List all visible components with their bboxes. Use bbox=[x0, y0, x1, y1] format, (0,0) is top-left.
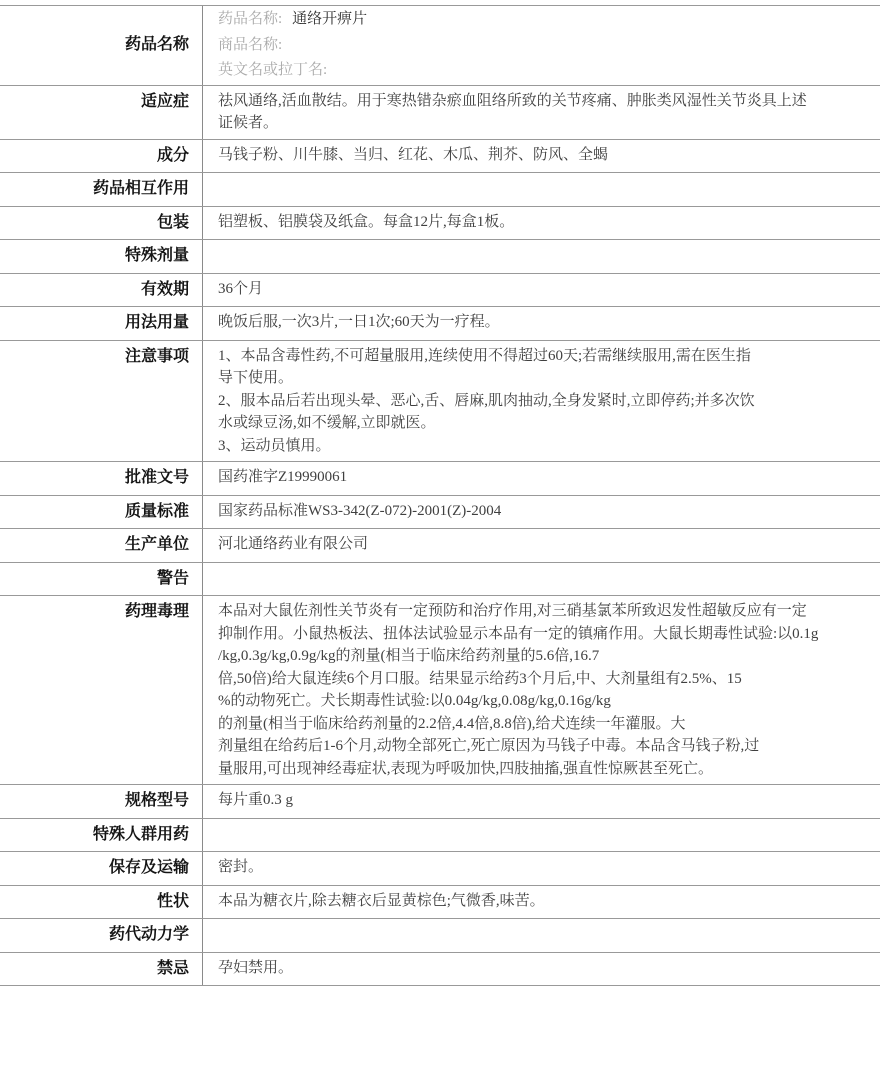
row-label: 批准文号 bbox=[0, 462, 203, 495]
row-label: 特殊剂量 bbox=[0, 240, 203, 273]
row-value: 每片重0.3 g bbox=[203, 785, 880, 818]
row-value: 1、本品含毒性药,不可超量服用,连续使用不得超过60天;若需继续服用,需在医生指… bbox=[203, 341, 880, 462]
drug-info-page: 药品名称药品名称:通络开痹片商品名称:英文名或拉丁名:适应症祛风通络,活血散结。… bbox=[0, 5, 880, 1070]
row-value: 河北通络药业有限公司 bbox=[203, 529, 880, 562]
row-value: 晚饭后服,一次3片,一日1次;60天为一疗程。 bbox=[203, 307, 880, 340]
row-value: 密封。 bbox=[203, 852, 880, 885]
table-row: 药品名称药品名称:通络开痹片商品名称:英文名或拉丁名: bbox=[0, 6, 880, 86]
row-value bbox=[203, 563, 880, 596]
field-value: 通络开痹片 bbox=[292, 11, 367, 27]
table-row: 有效期36个月 bbox=[0, 274, 880, 308]
row-label: 警告 bbox=[0, 563, 203, 596]
row-value: 国家药品标准WS3-342(Z-072)-2001(Z)-2004 bbox=[203, 496, 880, 529]
row-label: 成分 bbox=[0, 140, 203, 173]
row-value bbox=[203, 173, 880, 206]
row-value: 马钱子粉、川牛膝、当归、红花、木瓜、荆芥、防风、全蝎 bbox=[203, 140, 880, 173]
row-value: 铝塑板、铝膜袋及纸盒。每盒12片,每盒1板。 bbox=[203, 207, 880, 240]
table-row: 药理毒理本品对大鼠佐剂性关节炎有一定预防和治疗作用,对三硝基氯苯所致迟发性超敏反… bbox=[0, 596, 880, 785]
row-label: 用法用量 bbox=[0, 307, 203, 340]
table-row: 注意事项1、本品含毒性药,不可超量服用,连续使用不得超过60天;若需继续服用,需… bbox=[0, 341, 880, 463]
row-label: 性状 bbox=[0, 886, 203, 919]
row-value: 药品名称:通络开痹片商品名称:英文名或拉丁名: bbox=[203, 6, 880, 85]
table-row: 质量标准国家药品标准WS3-342(Z-072)-2001(Z)-2004 bbox=[0, 496, 880, 530]
row-label: 保存及运输 bbox=[0, 852, 203, 885]
row-label: 质量标准 bbox=[0, 496, 203, 529]
drug-name-line: 商品名称: bbox=[218, 33, 860, 59]
drug-name-line: 药品名称:通络开痹片 bbox=[218, 7, 860, 33]
table-row: 批准文号国药准字Z19990061 bbox=[0, 462, 880, 496]
table-row: 适应症祛风通络,活血散结。用于寒热错杂瘀血阻络所致的关节疼痛、肿胀类风湿性关节炎… bbox=[0, 86, 880, 140]
drug-name-line: 英文名或拉丁名: bbox=[218, 58, 860, 84]
row-label: 包装 bbox=[0, 207, 203, 240]
field-key: 商品名称: bbox=[218, 37, 282, 53]
row-value: 国药准字Z19990061 bbox=[203, 462, 880, 495]
row-label: 药品相互作用 bbox=[0, 173, 203, 206]
row-label: 特殊人群用药 bbox=[0, 819, 203, 852]
table-row: 保存及运输密封。 bbox=[0, 852, 880, 886]
table-row: 性状本品为糖衣片,除去糖衣后显黄棕色;气微香,味苦。 bbox=[0, 886, 880, 920]
table-row: 药品相互作用 bbox=[0, 173, 880, 207]
row-label: 有效期 bbox=[0, 274, 203, 307]
row-label: 注意事项 bbox=[0, 341, 203, 462]
row-value: 孕妇禁用。 bbox=[203, 953, 880, 986]
row-value bbox=[203, 819, 880, 852]
row-label: 药代动力学 bbox=[0, 919, 203, 952]
row-label: 药品名称 bbox=[0, 6, 203, 85]
table-row: 特殊人群用药 bbox=[0, 819, 880, 853]
row-value bbox=[203, 240, 880, 273]
table-row: 药代动力学 bbox=[0, 919, 880, 953]
table-row: 警告 bbox=[0, 563, 880, 597]
table-row: 包装铝塑板、铝膜袋及纸盒。每盒12片,每盒1板。 bbox=[0, 207, 880, 241]
field-key: 英文名或拉丁名: bbox=[218, 62, 327, 78]
row-label: 生产单位 bbox=[0, 529, 203, 562]
row-label: 适应症 bbox=[0, 86, 203, 139]
row-value: 本品对大鼠佐剂性关节炎有一定预防和治疗作用,对三硝基氯苯所致迟发性超敏反应有一定… bbox=[203, 596, 880, 784]
drug-info-table: 药品名称药品名称:通络开痹片商品名称:英文名或拉丁名:适应症祛风通络,活血散结。… bbox=[0, 5, 880, 986]
row-value: 祛风通络,活血散结。用于寒热错杂瘀血阻络所致的关节疼痛、肿胀类风湿性关节炎具上述… bbox=[203, 86, 880, 139]
row-label: 禁忌 bbox=[0, 953, 203, 986]
row-label: 药理毒理 bbox=[0, 596, 203, 784]
row-value: 本品为糖衣片,除去糖衣后显黄棕色;气微香,味苦。 bbox=[203, 886, 880, 919]
table-row: 生产单位河北通络药业有限公司 bbox=[0, 529, 880, 563]
field-key: 药品名称: bbox=[218, 11, 282, 27]
row-value: 36个月 bbox=[203, 274, 880, 307]
table-row: 成分马钱子粉、川牛膝、当归、红花、木瓜、荆芥、防风、全蝎 bbox=[0, 140, 880, 174]
table-row: 规格型号每片重0.3 g bbox=[0, 785, 880, 819]
table-row: 用法用量晚饭后服,一次3片,一日1次;60天为一疗程。 bbox=[0, 307, 880, 341]
row-value bbox=[203, 919, 880, 952]
table-row: 禁忌孕妇禁用。 bbox=[0, 953, 880, 987]
row-label: 规格型号 bbox=[0, 785, 203, 818]
table-row: 特殊剂量 bbox=[0, 240, 880, 274]
